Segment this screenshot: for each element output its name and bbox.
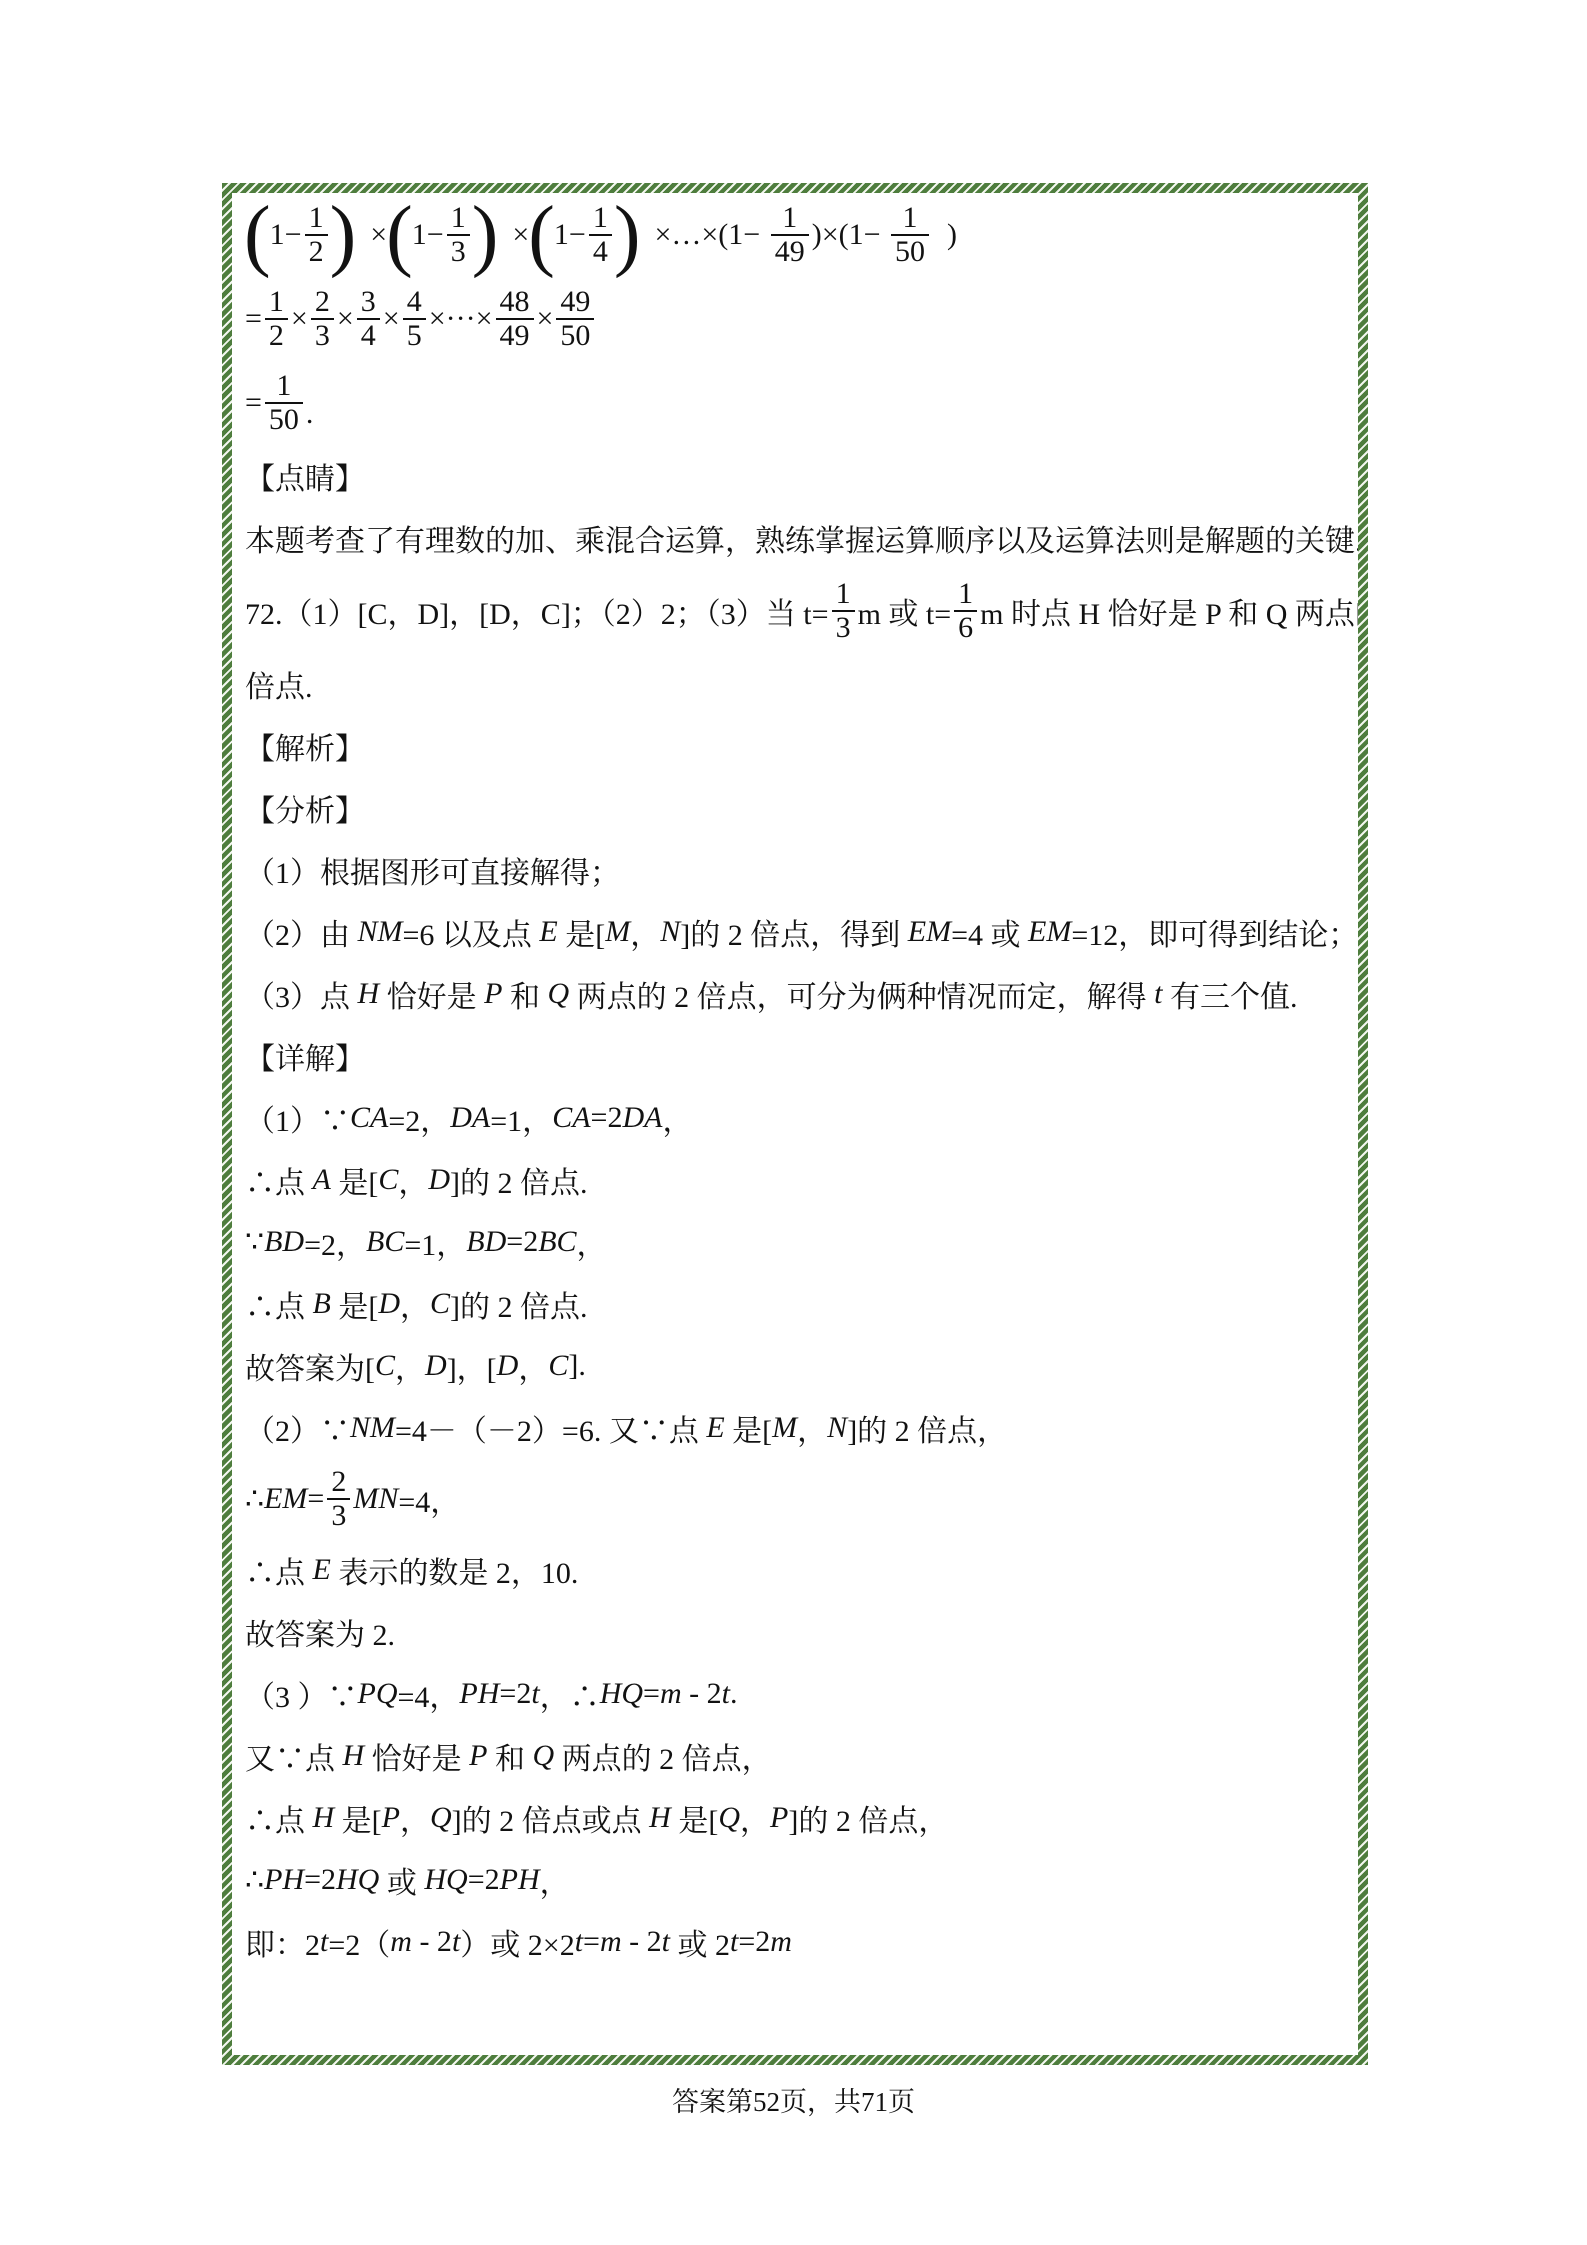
fraction-numerator: 3 — [357, 286, 380, 318]
fraction-denominator: 3 — [311, 318, 334, 352]
fraction-numerator: 48 — [496, 286, 534, 318]
fraction-denominator: 5 — [403, 318, 426, 352]
text-run: 两点的 2 倍点， — [554, 1734, 772, 1778]
xiangjie-header: 【详解】 — [245, 1025, 1352, 1087]
math-variable: PQ — [358, 1677, 398, 1711]
text-run: =4， — [398, 1672, 460, 1716]
text-run: =2 — [468, 1863, 500, 1897]
fraction: 12 — [305, 202, 328, 269]
math-variable: M — [605, 915, 630, 949]
fraction: 45 — [403, 286, 426, 353]
text-run: ]的 2 倍点. — [450, 1282, 588, 1326]
math-variable: NM — [350, 1411, 395, 1445]
fraction-numerator: 1 — [447, 202, 470, 234]
math-variable: EM — [908, 915, 951, 949]
text-run: 又∵点 — [245, 1734, 343, 1778]
math-variable: C — [375, 1349, 395, 1383]
text-run: 故答案为 2. — [245, 1610, 395, 1654]
text-run: 是[ — [331, 1282, 379, 1326]
math-variable: A — [313, 1163, 331, 1197]
text-run: m 时点 H 恰好是 P 和 Q 两点的 2 — [980, 589, 1358, 633]
fraction-numerator: 2 — [327, 1466, 350, 1498]
text-run: （1）∵ — [245, 1096, 350, 1140]
math-variable: EM — [264, 1482, 307, 1516]
detail-1-answer: 故答案为[C，D]，[D，C]. — [245, 1335, 1352, 1397]
fraction: 34 — [357, 286, 380, 353]
text-run: . — [306, 397, 314, 445]
detail-1-conclusion-a: ∴点 A 是[C，D]的 2 倍点. — [245, 1149, 1352, 1211]
big-paren: ) — [330, 195, 357, 275]
text-run: 即：2 — [245, 1920, 320, 1964]
text-run: ， — [577, 1220, 607, 1264]
fraction-denominator: 50 — [556, 318, 594, 352]
math-variable: N — [827, 1411, 847, 1445]
text-run: 是[ — [671, 1796, 719, 1840]
text-run: =4， — [398, 1477, 460, 1521]
math-variable: HQ — [424, 1863, 467, 1897]
text-run: ∴点 — [245, 1796, 313, 1840]
text-run: =1， — [490, 1096, 552, 1140]
text-run: - 2 — [412, 1925, 452, 1959]
fraction-denominator: 50 — [265, 402, 303, 436]
math-variable: PH — [459, 1677, 499, 1711]
text-run: （2）由 — [245, 910, 358, 954]
text-run: （3 ）∵ — [245, 1672, 358, 1716]
fraction-numerator: 2 — [311, 286, 334, 318]
text-run: 或 — [379, 1858, 424, 1902]
text-run: ， — [797, 1406, 827, 1450]
fraction-denominator: 4 — [357, 318, 380, 352]
text-run: =2 — [506, 1225, 538, 1259]
text-run: （1）根据图形可直接解得； — [245, 848, 620, 892]
text-run: = — [245, 386, 262, 420]
math-variable: B — [313, 1287, 331, 1321]
detail-3-equations: 即：2t=2（m - 2t）或 2×2t=m - 2t 或 2t=2m — [245, 1911, 1352, 1973]
text-run: × — [291, 302, 308, 336]
text-run: × — [497, 218, 529, 252]
fraction: 4849 — [496, 286, 534, 353]
text-run: （3）点 — [245, 972, 358, 1016]
math-variable: t — [531, 1677, 539, 1711]
formula-result-line: =150. — [245, 361, 1352, 445]
math-variable: CA — [552, 1101, 590, 1135]
math-variable: m — [660, 1677, 682, 1711]
text-run: ， — [400, 1796, 430, 1840]
math-variable: EM — [1028, 915, 1071, 949]
text-run: = — [643, 1677, 660, 1711]
fraction: 12 — [265, 286, 288, 353]
text-run: 表示的数是 2，10. — [331, 1548, 579, 1592]
math-variable: MN — [353, 1482, 398, 1516]
remark-header: 【点睛】 — [245, 445, 1352, 507]
fraction-denominator: 49 — [496, 318, 534, 352]
text-run: ]的 2 倍点， — [847, 1406, 1007, 1450]
text-run: 或 2 — [670, 1920, 730, 1964]
text-run: ， — [662, 1096, 692, 1140]
fraction-denominator: 3 — [447, 234, 470, 268]
big-paren: ( — [386, 195, 413, 275]
math-variable: H — [313, 1801, 335, 1835]
text-run: 和 — [503, 972, 548, 1016]
math-variable: m — [600, 1925, 622, 1959]
text-run: =2（ — [328, 1920, 390, 1964]
text-run: ]的 2 倍点， — [788, 1796, 948, 1840]
math-variable: H — [343, 1739, 365, 1773]
text-run: - 2 — [682, 1677, 722, 1711]
text-run: =2， — [304, 1220, 366, 1264]
text-run: ) — [932, 218, 957, 252]
math-variable: HQ — [336, 1863, 379, 1897]
text-run: ∴点 — [245, 1282, 313, 1326]
detail-2-given: （2）∵NM=4－（－2）=6. 又∵点 E 是[M，N]的 2 倍点， — [245, 1397, 1352, 1459]
math-variable: P — [382, 1801, 400, 1835]
fraction-numerator: 1 — [771, 202, 809, 234]
text-run: ，∴ — [540, 1672, 600, 1716]
text-run: ）或 2×2 — [460, 1920, 574, 1964]
fraction-numerator: 1 — [305, 202, 328, 234]
text-run: 是[ — [334, 1796, 382, 1840]
text-run: × — [537, 302, 554, 336]
detail-3-cases: ∴点 H 是[P，Q]的 2 倍点或点 H 是[Q，P]的 2 倍点， — [245, 1787, 1352, 1849]
fraction: 150 — [891, 202, 929, 269]
remark-text: 本题考查了有理数的加、乘混合运算，熟练掌握运算顺序以及运算法则是解题的关键. — [245, 507, 1352, 569]
math-variable: D — [378, 1287, 400, 1321]
fraction-denominator: 3 — [327, 1498, 350, 1532]
fraction-numerator: 49 — [556, 286, 594, 318]
math-variable: BC — [538, 1225, 576, 1259]
text-run: =12，即可得到结论； — [1071, 910, 1358, 954]
text-run: ∴点 — [245, 1548, 313, 1592]
detail-2-e-values: ∴点 E 表示的数是 2，10. — [245, 1539, 1352, 1601]
text-run: =2 — [304, 1863, 336, 1897]
big-paren: ( — [528, 195, 555, 275]
math-variable: t — [730, 1925, 738, 1959]
math-variable: NM — [358, 915, 403, 949]
formula-telescoping-line: =12×23×34×45×···×4849×4950 — [245, 277, 1352, 361]
text-run: ]. — [568, 1349, 586, 1383]
math-variable: C — [430, 1287, 450, 1321]
page: (1−12) ×(1−13) ×(1−14) ×…×(1− 149)×(1− 1… — [0, 0, 1587, 2245]
text-run: ， — [740, 1796, 770, 1840]
text-run: =4－（－2）=6. 又∵点 — [395, 1406, 706, 1450]
fraction-denominator: 2 — [305, 234, 328, 268]
math-variable: m — [390, 1925, 412, 1959]
text-run: × — [355, 218, 387, 252]
math-variable: DA — [622, 1101, 662, 1135]
text-run: ]的 2 倍点，得到 — [680, 910, 908, 954]
math-variable: CA — [350, 1101, 388, 1135]
fraction: 14 — [589, 202, 612, 269]
text-run: - 2 — [622, 1925, 662, 1959]
text-run: ， — [398, 1158, 428, 1202]
text-run: 【分析】 — [245, 786, 365, 830]
text-run: 故答案为[ — [245, 1344, 375, 1388]
text-run: 1− — [270, 218, 302, 252]
analysis-1: （1）根据图形可直接解得； — [245, 839, 1352, 901]
jiexi-header: 【解析】 — [245, 715, 1352, 777]
text-run: 是[ — [725, 1406, 773, 1450]
text-run: ×…×(1− — [639, 218, 767, 252]
fraction: 150 — [265, 370, 303, 437]
text-run: =2 — [499, 1677, 531, 1711]
math-variable: C — [378, 1163, 398, 1197]
fraction-numerator: 1 — [265, 286, 288, 318]
math-variable: H — [358, 977, 380, 1011]
fraction-numerator: 1 — [954, 578, 977, 610]
answer-sheet-border: (1−12) ×(1−13) ×(1−14) ×…×(1− 149)×(1− 1… — [222, 183, 1368, 2065]
math-variable: t — [575, 1925, 583, 1959]
math-variable: HQ — [600, 1677, 643, 1711]
math-variable: E — [706, 1411, 724, 1445]
fraction-numerator: 1 — [589, 202, 612, 234]
fraction-denominator: 3 — [832, 610, 855, 644]
math-variable: t — [662, 1925, 670, 1959]
fraction: 149 — [771, 202, 809, 269]
text-run: ∵ — [245, 1225, 264, 1260]
math-variable: M — [772, 1411, 797, 1445]
text-run: m 或 t= — [858, 589, 952, 633]
math-variable: H — [649, 1801, 671, 1835]
text-run: × — [383, 302, 400, 336]
math-variable: DA — [450, 1101, 490, 1135]
math-variable: t — [722, 1677, 730, 1711]
text-run: =1， — [404, 1220, 466, 1264]
math-variable: Q — [533, 1739, 555, 1773]
text-run: = — [307, 1482, 324, 1516]
fenxi-header: 【分析】 — [245, 777, 1352, 839]
math-variable: PH — [264, 1863, 304, 1897]
math-variable: BD — [466, 1225, 506, 1259]
analysis-2: （2）由 NM=6 以及点 E 是[M，N]的 2 倍点，得到 EM=4 或 E… — [245, 901, 1352, 963]
text-run: 倍点. — [245, 662, 313, 706]
big-paren: ) — [472, 195, 499, 275]
text-run: =4 或 — [951, 910, 1028, 954]
math-variable: PH — [500, 1863, 540, 1897]
math-variable: BD — [264, 1225, 304, 1259]
fraction: 4950 — [556, 286, 594, 353]
answer-72-wrap: 倍点. — [245, 653, 1352, 715]
fraction-denominator: 50 — [891, 234, 929, 268]
fraction-numerator: 1 — [891, 202, 929, 234]
text-run: =2 — [738, 1925, 770, 1959]
math-variable: C — [548, 1349, 568, 1383]
text-run: ， — [400, 1282, 430, 1326]
text-run: 72.（1）[C，D]，[D，C]；（2）2；（3）当 t= — [245, 589, 829, 633]
text-run: 1− — [554, 218, 586, 252]
text-run: ， — [395, 1344, 425, 1388]
text-run: =2， — [388, 1096, 450, 1140]
detail-3-condition: 又∵点 H 恰好是 P 和 Q 两点的 2 倍点， — [245, 1725, 1352, 1787]
text-run: ， — [540, 1858, 570, 1902]
math-variable: BC — [366, 1225, 404, 1259]
math-variable: N — [660, 915, 680, 949]
math-variable: t — [1154, 977, 1162, 1011]
math-variable: D — [425, 1349, 447, 1383]
detail-1-given-b: ∵BD=2，BC=1，BD=2BC， — [245, 1211, 1352, 1273]
text-run: 是[ — [331, 1158, 379, 1202]
text-run: （2）∵ — [245, 1406, 350, 1450]
text-run: =6 以及点 — [403, 910, 540, 954]
math-variable: Q — [430, 1801, 452, 1835]
fraction-denominator: 2 — [265, 318, 288, 352]
text-run: 和 — [488, 1734, 533, 1778]
math-variable: D — [428, 1163, 450, 1197]
detail-2-answer: 故答案为 2. — [245, 1601, 1352, 1663]
text-run: ]的 2 倍点. — [450, 1158, 588, 1202]
text-run: 恰好是 — [364, 1734, 469, 1778]
text-run: 两点的 2 倍点，可分为俩种情况而定，解得 — [569, 972, 1154, 1016]
fraction: 13 — [447, 202, 470, 269]
text-run: 1− — [412, 218, 444, 252]
big-paren: ) — [614, 195, 641, 275]
text-run: 【解析】 — [245, 724, 365, 768]
math-variable: P — [484, 977, 502, 1011]
analysis-3: （3）点 H 恰好是 P 和 Q 两点的 2 倍点，可分为俩种情况而定，解得 t… — [245, 963, 1352, 1025]
math-variable: P — [770, 1801, 788, 1835]
fraction-numerator: 4 — [403, 286, 426, 318]
math-variable: Q — [718, 1801, 740, 1835]
math-variable: E — [539, 915, 557, 949]
formula-product-line: (1−12) ×(1−13) ×(1−14) ×…×(1− 149)×(1− 1… — [245, 193, 1352, 277]
text-run: 【详解】 — [245, 1034, 365, 1078]
answer-72-line: 72.（1）[C，D]，[D，C]；（2）2；（3）当 t=13m 或 t=16… — [245, 569, 1352, 653]
math-variable: t — [320, 1925, 328, 1959]
text-run: = — [245, 302, 262, 336]
text-run: . — [730, 1677, 738, 1725]
fraction: 23 — [327, 1466, 350, 1533]
text-run: ， — [630, 910, 660, 954]
text-run: ]，[ — [447, 1344, 497, 1388]
text-run: )×(1− — [812, 218, 888, 252]
fraction-numerator: 1 — [832, 578, 855, 610]
math-variable: t — [452, 1925, 460, 1959]
text-run: × — [337, 302, 354, 336]
text-run: ]的 2 倍点或点 — [452, 1796, 650, 1840]
fraction: 13 — [832, 578, 855, 645]
text-run: 恰好是 — [379, 972, 484, 1016]
document-body: (1−12) ×(1−13) ×(1−14) ×…×(1− 149)×(1− 1… — [232, 193, 1358, 2055]
big-paren: ( — [244, 195, 271, 275]
detail-1-given: （1）∵CA=2，DA=1，CA=2DA， — [245, 1087, 1352, 1149]
text-run: 是[ — [558, 910, 606, 954]
page-footer: 答案第52页，共71页 — [0, 2080, 1587, 2119]
math-variable: E — [313, 1553, 331, 1587]
detail-1-conclusion-b: ∴点 B 是[D，C]的 2 倍点. — [245, 1273, 1352, 1335]
math-variable: P — [469, 1739, 487, 1773]
text-run: 本题考查了有理数的加、乘混合运算，熟练掌握运算顺序以及运算法则是解题的关键. — [245, 516, 1358, 560]
fraction-denominator: 6 — [954, 610, 977, 644]
math-variable: m — [770, 1925, 792, 1959]
text-run: 有三个值. — [1163, 972, 1298, 1016]
text-run: ∴ — [245, 1482, 264, 1517]
fraction: 23 — [311, 286, 334, 353]
text-run: = — [583, 1925, 600, 1959]
fraction: 16 — [954, 578, 977, 645]
text-run: ∴ — [245, 1863, 264, 1898]
text-run: ， — [518, 1344, 548, 1388]
fraction-numerator: 1 — [265, 370, 303, 402]
text-run: =2 — [591, 1101, 623, 1135]
math-variable: D — [497, 1349, 519, 1383]
detail-3-relations: ∴PH=2HQ 或 HQ=2PH， — [245, 1849, 1352, 1911]
text-run: ×···× — [429, 302, 493, 336]
detail-3-given: （3 ）∵PQ=4，PH=2t，∴HQ=m - 2t. — [245, 1663, 1352, 1725]
fraction-denominator: 4 — [589, 234, 612, 268]
fraction-denominator: 49 — [771, 234, 809, 268]
text-run: 【点睛】 — [245, 454, 365, 498]
math-variable: Q — [548, 977, 570, 1011]
detail-2-em: ∴EM=23MN=4， — [245, 1459, 1352, 1539]
text-run: ∴点 — [245, 1158, 313, 1202]
